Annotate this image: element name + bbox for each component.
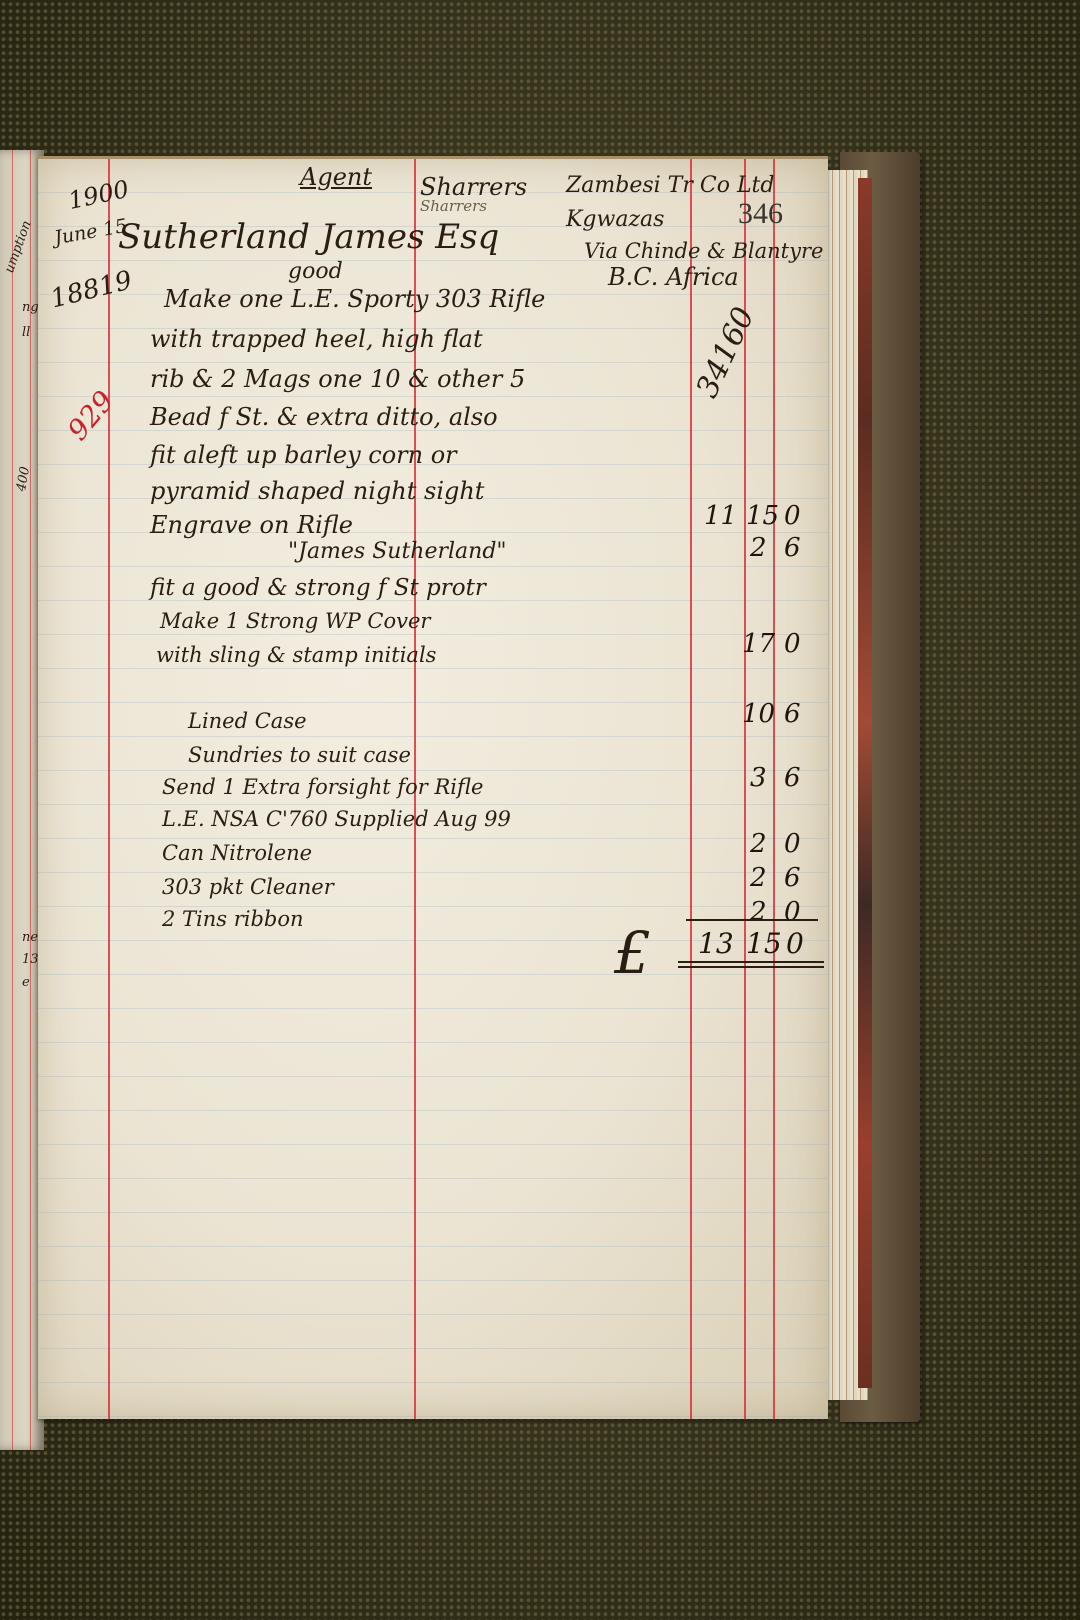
amount-shillings: 17: [742, 629, 775, 659]
item-line: Make one L.E. Sporty 303 Rifle: [164, 285, 545, 313]
prev-page-text: ll: [22, 325, 30, 340]
amount-pence: 0: [784, 501, 801, 531]
prev-page-text: ng: [22, 300, 39, 315]
item-line: with trapped heel, high flat: [150, 325, 483, 353]
address-line-1: Zambesi Tr Co Ltd: [566, 173, 774, 198]
item-line: Send 1 Extra forsight for Rifle: [162, 775, 483, 799]
amount-pence: 0: [784, 629, 801, 659]
pence-column-rule: [773, 159, 775, 1419]
amount-shillings: 2: [750, 829, 767, 859]
amount-shillings: 2: [750, 897, 767, 927]
margin-rule: [30, 150, 31, 1450]
amount-pence: 6: [784, 699, 801, 729]
amount-shillings: 15: [746, 501, 779, 531]
prev-page-text: e: [22, 975, 30, 990]
amount-shillings: 2: [750, 863, 767, 893]
amount-shillings: 2: [750, 533, 767, 563]
item-line: Can Nitrolene: [162, 841, 312, 865]
item-line: fit a good & strong f St protr: [150, 575, 486, 601]
customer-name: Sutherland James Esq: [118, 217, 499, 257]
total-pounds: 13: [698, 927, 734, 960]
item-line: fit aleft up barley corn or: [150, 441, 457, 469]
item-line: 303 pkt Cleaner: [162, 875, 334, 899]
prev-page-text: 13: [22, 952, 39, 967]
sum-rule: [686, 919, 818, 921]
item-line: Bead f St. & extra ditto, also: [150, 403, 498, 431]
total-double-rule: [678, 966, 824, 968]
item-line: Engrave on Rifle: [150, 511, 353, 539]
agent-label: Agent: [300, 163, 372, 191]
item-line: Lined Case: [188, 709, 307, 733]
total-shillings: 15: [746, 927, 782, 960]
item-line: "James Sutherland": [288, 539, 507, 564]
item-line: L.E. NSA C'760 Supplied Aug 99: [162, 807, 511, 831]
address-line-2: Kgwazas: [566, 207, 664, 232]
item-line: 2 Tins ribbon: [162, 907, 304, 931]
address-line-3: Via Chinde & Blantyre: [584, 239, 823, 263]
pound-sign: £: [614, 919, 651, 987]
page-number: 346: [738, 197, 783, 231]
item-line: Make 1 Strong WP Cover: [160, 609, 430, 633]
ledger-page: 1900 June 15 Sutherland James Esq Agent …: [38, 156, 828, 1419]
address-line-4: B.C. Africa: [608, 263, 739, 291]
agent-name-pencil: Sharrers: [420, 197, 487, 215]
total-double-rule: [678, 961, 824, 963]
amount-pence: 0: [784, 897, 801, 927]
amount-shillings: 3: [750, 763, 767, 793]
amount-pence: 6: [784, 863, 801, 893]
prev-page-text: ne: [22, 930, 38, 945]
photo-scene: umption ng ll 400 ne 13 e 1900 June 15 S…: [0, 0, 1080, 1620]
pounds-column-rule: [690, 159, 692, 1419]
amount-pounds: 11: [704, 501, 737, 531]
item-line: with sling & stamp initials: [156, 643, 436, 667]
item-line: Sundries to suit case: [188, 743, 411, 767]
item-line: pyramid shaped night sight: [150, 477, 484, 505]
item-line: rib & 2 Mags one 10 & other 5: [150, 365, 525, 393]
amount-pence: 0: [784, 829, 801, 859]
insertion-good: good: [288, 259, 343, 284]
total-pence: 0: [786, 927, 804, 960]
margin-rule: [12, 150, 13, 1450]
amount-shillings: 10: [742, 699, 775, 729]
amount-pence: 6: [784, 763, 801, 793]
date-margin-rule: [108, 159, 110, 1419]
marbled-page-edge: [858, 178, 872, 1388]
amount-pence: 6: [784, 533, 801, 563]
